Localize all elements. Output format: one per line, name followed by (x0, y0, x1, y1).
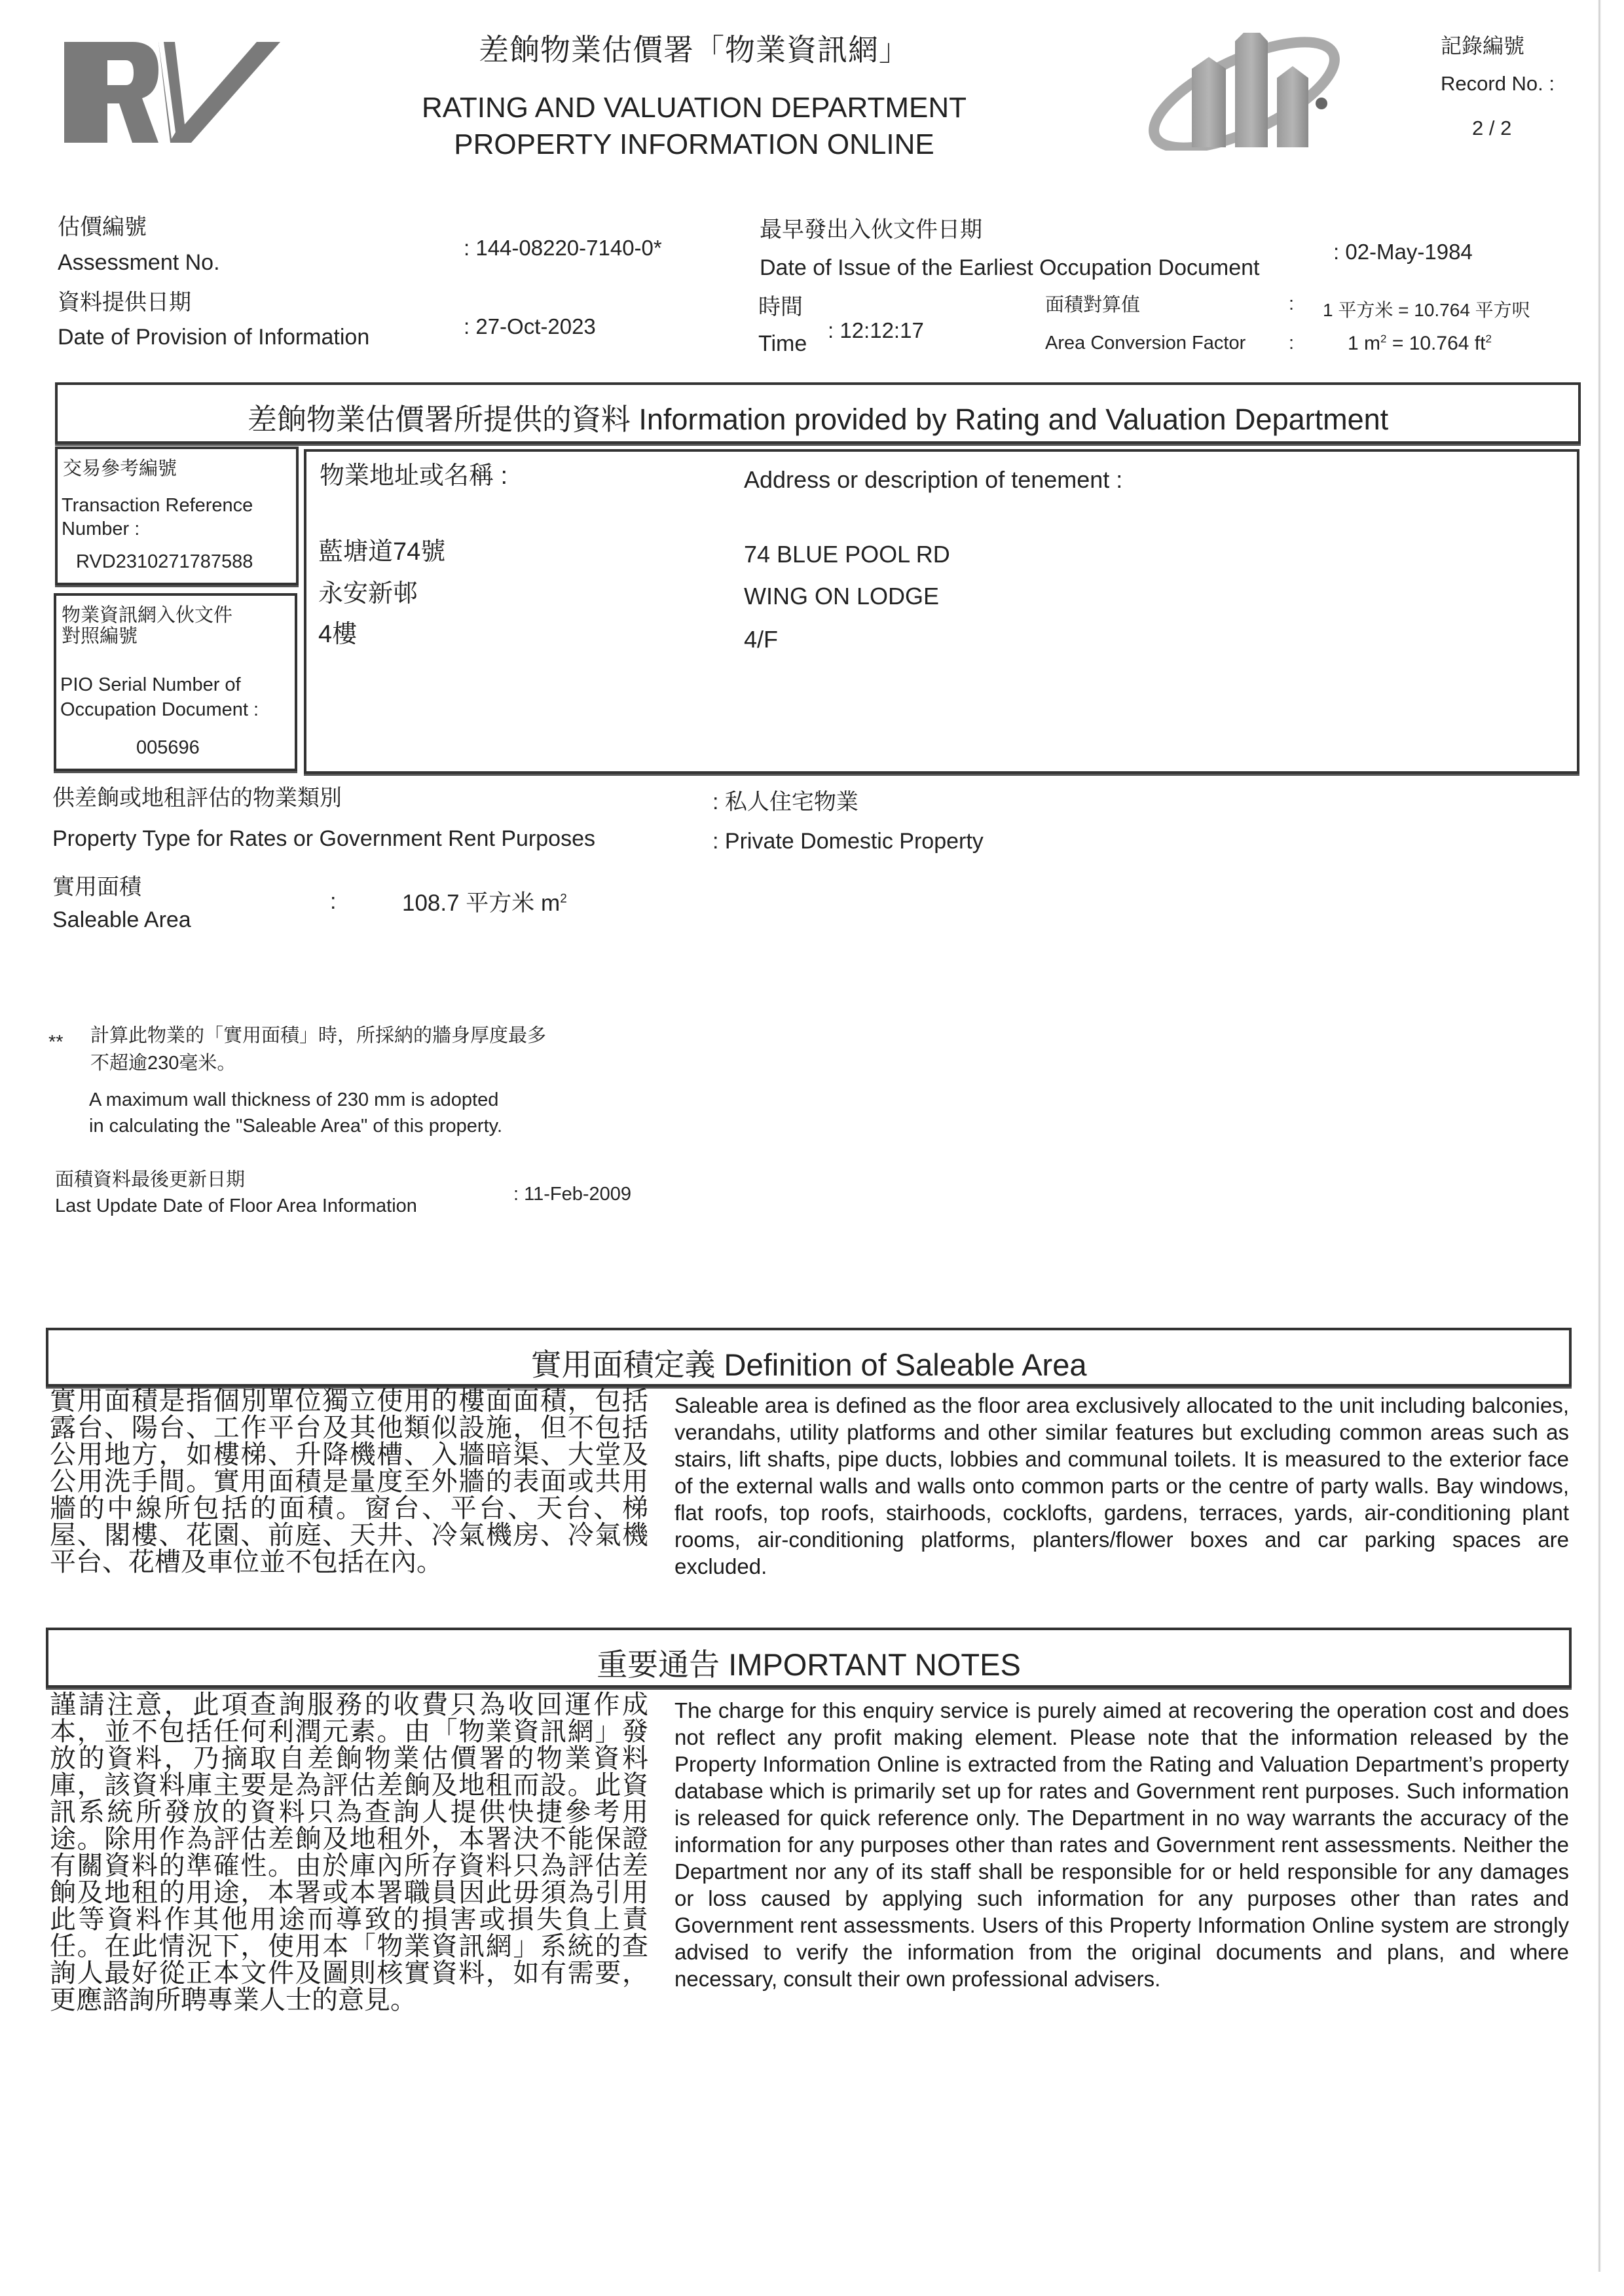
saleable-area-label-en: Saleable Area (52, 907, 191, 933)
address-box (304, 449, 1579, 774)
assessment-label-en: Assessment No. (58, 250, 220, 276)
buildings-orbit-logo-icon (1139, 33, 1349, 151)
rvd-section-title: 差餉物業估價署所提供的資料 Information provided by Ra… (55, 395, 1581, 438)
notes-text-zh: 謹請注意，此項查詢服務的收費只為收回運作成本，並不包括任何利潤元素。由「物業資訊… (50, 1692, 648, 2014)
update-date-label-en: Last Update Date of Floor Area Informati… (55, 1195, 417, 1217)
definition-text-zh: 實用面積是指個別單位獨立使用的樓面面積，包括露台、陽台、工作平台及其他類似設施，… (50, 1388, 648, 1576)
conversion-m: 1 m (1348, 333, 1380, 354)
conversion-label-en: Area Conversion Factor (1045, 333, 1246, 354)
saleable-area-colon: : (330, 889, 336, 915)
pio-serial-label-en-2: Occupation Document : (60, 699, 259, 721)
rv-logo-icon (60, 41, 283, 145)
assessment-label-zh: 估價編號 (58, 215, 147, 240)
provision-date-label-en: Date of Provision of Information (58, 325, 369, 350)
conversion-label-zh: 面積對算值 (1045, 295, 1140, 316)
transaction-ref-label-en-1: Transaction Reference (62, 495, 253, 517)
conversion-value-zh: 1 平方米 = 10.764 平方呎 (1323, 300, 1530, 321)
saleable-area-value: 108.7 平方米 m2 (402, 890, 567, 917)
address-en-line: 4/F (744, 626, 778, 653)
address-zh-line: 永安新邨 (318, 580, 418, 609)
transaction-ref-value: RVD2310271787588 (76, 551, 253, 573)
definition-section-title: 實用面積定義 Definition of Saleable Area (46, 1341, 1572, 1385)
address-en-line: 74 BLUE POOL RD (744, 541, 950, 568)
saleable-area-number: 108.7 平方米 m (402, 890, 560, 916)
saleable-area-label-zh: 實用面積 (52, 875, 141, 900)
definition-text-en: Saleable area is defined as the floor ar… (674, 1392, 1569, 1580)
page-subtitle-en: PROPERTY INFORMATION ONLINE (367, 128, 1022, 162)
address-en-line: WING ON LODGE (744, 583, 939, 610)
scan-page-edge (1598, 0, 1601, 2272)
record-number: 2 / 2 (1472, 117, 1511, 140)
pio-serial-label-zh-1: 物業資訊網入伙文件 (62, 605, 232, 627)
conversion-ft: = 10.764 ft (1386, 333, 1485, 354)
notes-text-en: The charge for this enquiry service is p… (674, 1697, 1569, 1992)
transaction-ref-label-en-2: Number : (62, 519, 139, 540)
transaction-ref-label-zh: 交易參考編號 (63, 458, 177, 480)
time-value: : 12:12:17 (828, 318, 924, 343)
property-type-label-en: Property Type for Rates or Government Re… (52, 826, 595, 852)
property-type-value-zh: : 私人住宅物業 (712, 790, 858, 815)
update-date-value: : 11-Feb-2009 (513, 1184, 631, 1205)
provision-date-value: : 27-Oct-2023 (464, 314, 596, 339)
occupation-date-value: : 02-May-1984 (1333, 240, 1473, 264)
note-zh-line-1: 計算此物業的「實用面積」時，所採納的牆身厚度最多 (90, 1025, 546, 1047)
conversion-colon: : (1289, 293, 1294, 315)
notes-section-title: 重要通告 IMPORTANT NOTES (46, 1641, 1572, 1685)
address-zh-line: 4樓 (318, 621, 357, 649)
time-label-en: Time (758, 331, 807, 357)
superscript: 2 (560, 892, 567, 905)
pio-serial-label-zh-2: 對照編號 (62, 626, 138, 647)
note-en-line-1: A maximum wall thickness of 230 mm is ad… (89, 1089, 498, 1111)
update-date-label-zh: 面積資料最後更新日期 (55, 1169, 245, 1191)
record-label-en: Record No. : (1441, 72, 1555, 96)
pio-serial-value: 005696 (136, 737, 200, 759)
conversion-colon: : (1289, 333, 1294, 354)
property-type-value-en: : Private Domestic Property (712, 829, 984, 854)
occupation-date-label-en: Date of Issue of the Earliest Occupation… (760, 255, 1260, 281)
conversion-value-en: 1 m2 = 10.764 ft2 (1348, 333, 1492, 355)
provision-date-label-zh: 資料提供日期 (58, 290, 191, 316)
address-label-zh: 物業地址或名稱 : (320, 462, 507, 491)
record-label-zh: 記錄編號 (1441, 34, 1524, 58)
occupation-date-label-zh: 最早發出入伙文件日期 (760, 217, 982, 243)
note-en-line-2: in calculating the "Saleable Area" of th… (89, 1116, 502, 1137)
note-zh-line-2: 不超逾230毫米。 (90, 1053, 236, 1074)
page-title-en: RATING AND VALUATION DEPARTMENT (367, 92, 1022, 125)
note-marker: ** (48, 1032, 64, 1053)
assessment-value: : 144-08220-7140-0* (464, 236, 662, 261)
page-title-zh: 差餉物業估價署「物業資訊網」 (419, 33, 969, 67)
property-type-label-zh: 供差餉或地租評估的物業類別 (52, 786, 342, 811)
time-label-zh: 時間 (758, 295, 803, 320)
address-zh-line: 藍塘道74號 (318, 538, 445, 567)
pio-serial-label-en-1: PIO Serial Number of (60, 674, 241, 696)
address-label-en: Address or description of tenement : (744, 466, 1122, 493)
superscript: 2 (1485, 333, 1491, 345)
